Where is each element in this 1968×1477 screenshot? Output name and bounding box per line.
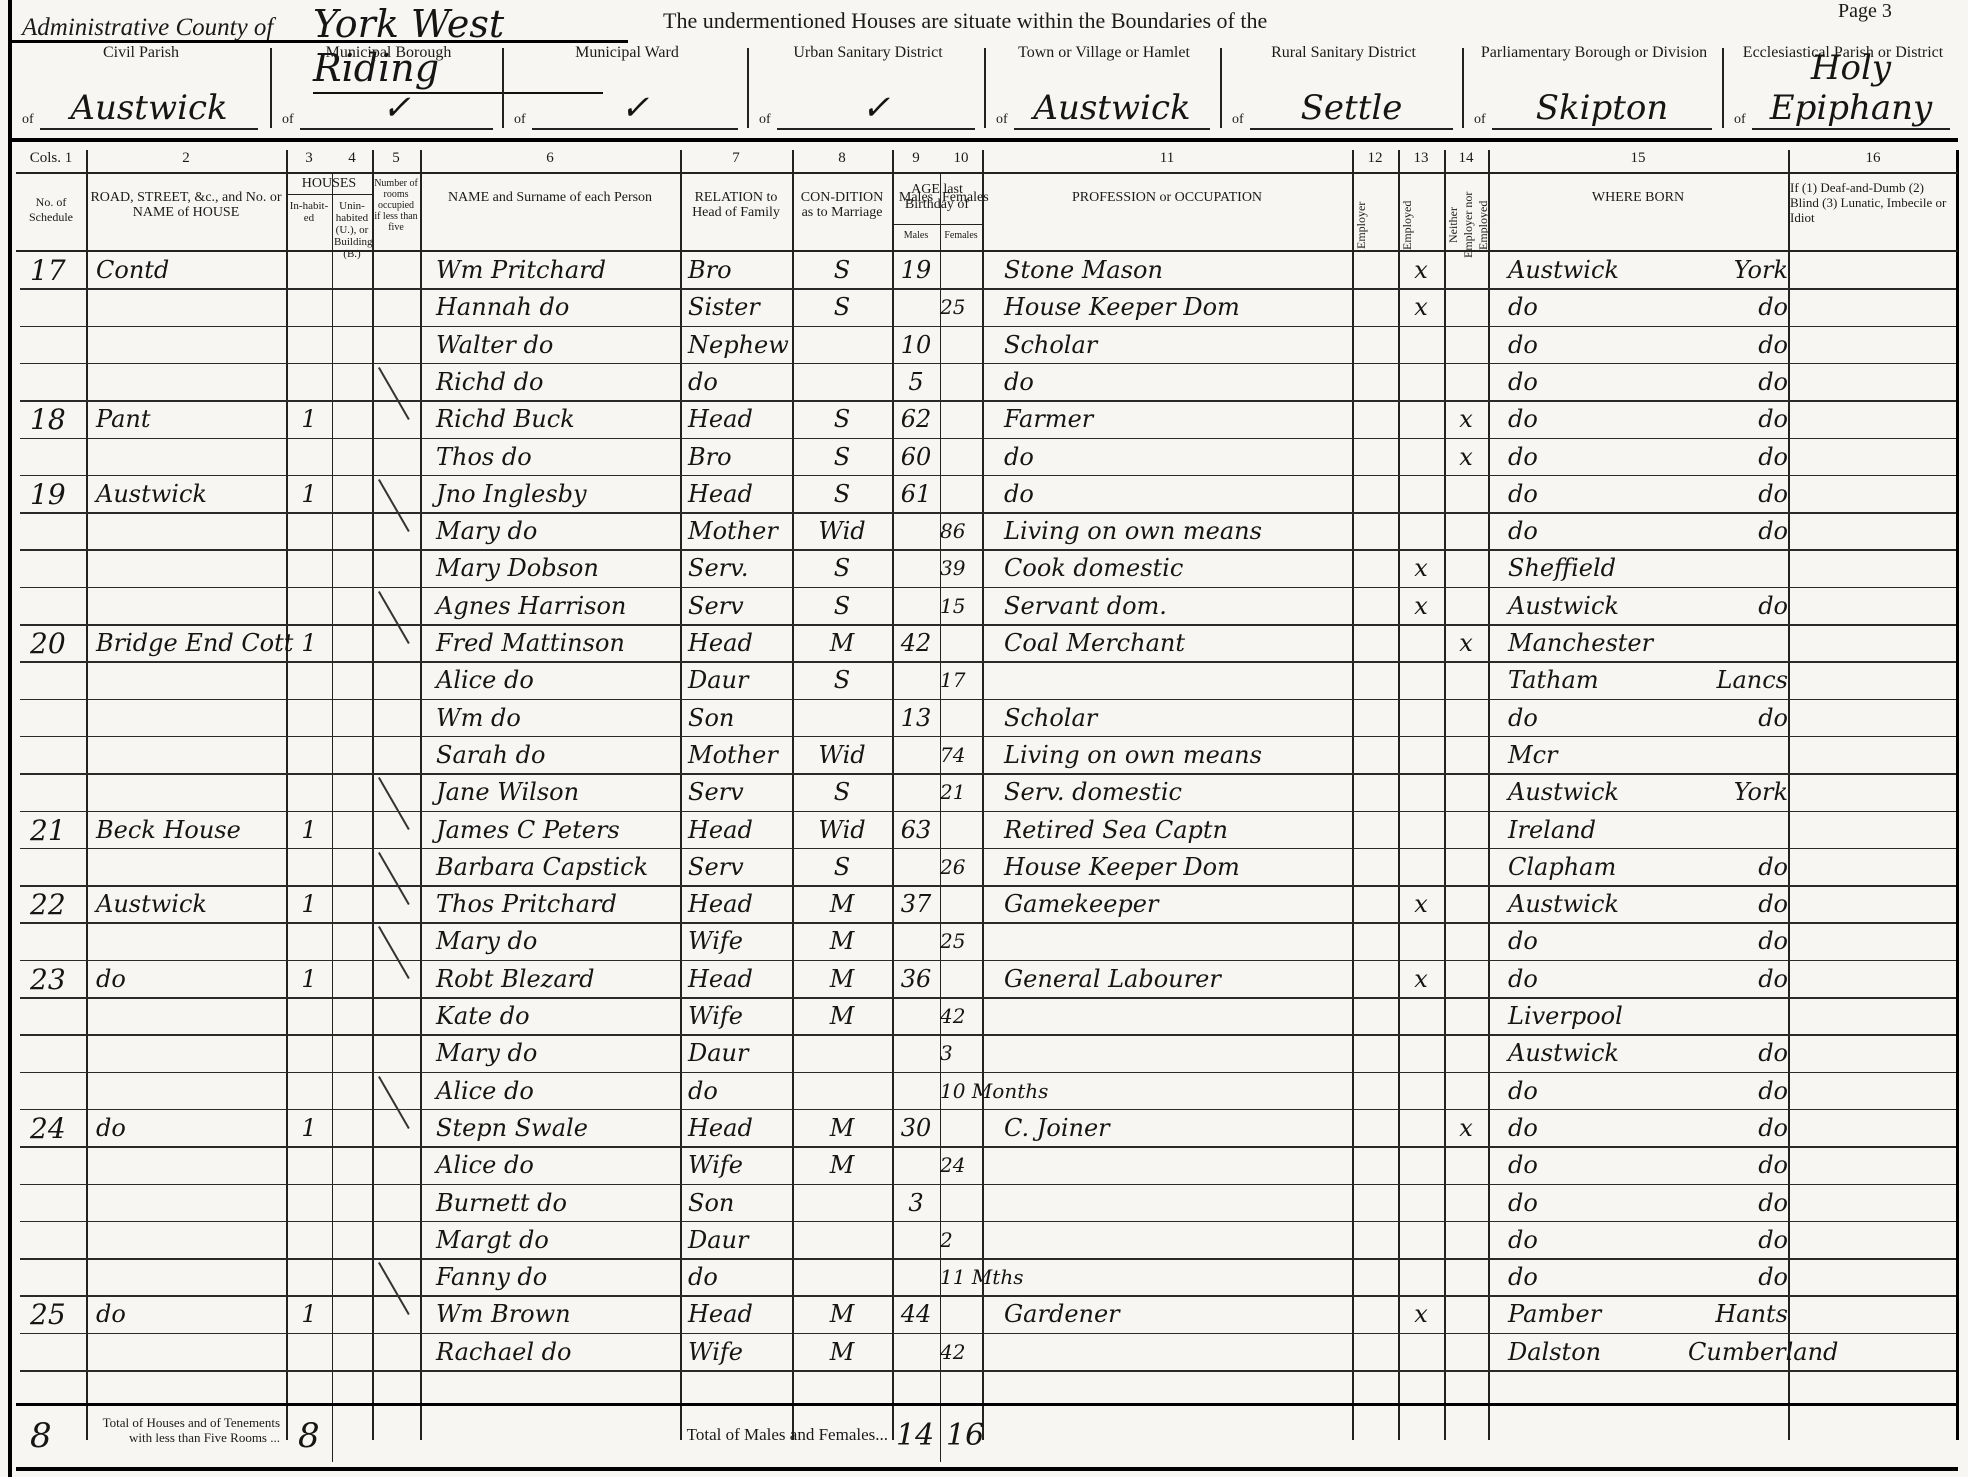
schedule-cell bbox=[16, 849, 86, 886]
male-age-cell bbox=[892, 1334, 940, 1371]
table-row: Jane WilsonServS21Serv. domesticAustwick… bbox=[16, 774, 1958, 811]
male-age-cell: 10 bbox=[892, 327, 940, 364]
table-row: Wm doSon13Scholardodo bbox=[16, 700, 1958, 737]
employer-cell bbox=[1352, 1296, 1398, 1333]
born-county-cell: do bbox=[1688, 1110, 1788, 1147]
relation-cell: Head bbox=[680, 1110, 792, 1147]
neither-cell bbox=[1444, 1073, 1488, 1110]
table-row: 22Austwick1Thos PritchardHeadM37Gamekeep… bbox=[16, 886, 1958, 923]
born-place-cell: do bbox=[1508, 401, 1678, 438]
employed-cell bbox=[1398, 476, 1444, 513]
employed-cell bbox=[1398, 1185, 1444, 1222]
left-border bbox=[8, 0, 12, 1477]
name-cell: Jno Inglesby bbox=[420, 476, 680, 513]
condition-cell: M bbox=[792, 886, 892, 923]
name-cell: Fanny do bbox=[420, 1259, 680, 1296]
of-label: of bbox=[282, 112, 294, 128]
relation-cell: Wife bbox=[680, 923, 792, 960]
born-place-cell: do bbox=[1508, 700, 1678, 737]
column-header-relation: RELATION to Head of Family bbox=[682, 190, 790, 220]
neither-cell bbox=[1444, 1147, 1488, 1184]
of-label: of bbox=[22, 112, 34, 128]
column-header-name: NAME and Surname of each Person bbox=[422, 190, 678, 205]
female-age-cell: 17 bbox=[940, 662, 982, 699]
born-place-cell: Tatham bbox=[1508, 662, 1678, 699]
table-row: Alice doDaurS17TathamLancs bbox=[16, 662, 1958, 699]
table-row: 19Austwick1Jno InglesbyHeadS61dododo bbox=[16, 476, 1958, 513]
table-row: 21Beck House1James C PetersHeadWid63Reti… bbox=[16, 812, 1958, 849]
female-age-cell: 21 bbox=[940, 774, 982, 811]
road-cell bbox=[86, 588, 286, 625]
condition-cell bbox=[792, 327, 892, 364]
condition-cell: M bbox=[792, 1147, 892, 1184]
born-place-cell: Austwick bbox=[1508, 1035, 1678, 1072]
born-place-cell: Mcr bbox=[1508, 737, 1678, 774]
column-number: 6 bbox=[420, 150, 680, 172]
name-cell: Walter do bbox=[420, 327, 680, 364]
column-number: 10 bbox=[940, 150, 982, 172]
born-county-cell bbox=[1688, 737, 1788, 774]
age-rule bbox=[892, 224, 982, 225]
neither-cell bbox=[1444, 327, 1488, 364]
condition-cell: M bbox=[792, 1334, 892, 1371]
occupation-cell: Servant dom. bbox=[982, 588, 1352, 625]
inhabited-cell: 1 bbox=[286, 1296, 332, 1333]
road-cell: Contd bbox=[86, 252, 286, 289]
female-age-cell bbox=[940, 439, 982, 476]
inhabited-cell bbox=[286, 1222, 332, 1259]
road-cell bbox=[86, 550, 286, 587]
born-place-cell: Ireland bbox=[1508, 812, 1678, 849]
inhabited-cell bbox=[286, 700, 332, 737]
schedule-total: 8 bbox=[30, 1411, 52, 1461]
employed-cell bbox=[1398, 625, 1444, 662]
employed-cell: x bbox=[1398, 550, 1444, 587]
condition-cell: S bbox=[792, 252, 892, 289]
female-age-cell bbox=[940, 1110, 982, 1147]
condition-cell: Wid bbox=[792, 812, 892, 849]
name-cell: Thos Pritchard bbox=[420, 886, 680, 923]
female-age-cell: 11 Mths bbox=[940, 1259, 982, 1296]
of-label: of bbox=[1734, 112, 1746, 128]
neither-cell bbox=[1444, 812, 1488, 849]
male-age-cell bbox=[892, 1147, 940, 1184]
inhabited-cell bbox=[286, 1259, 332, 1296]
neither-cell bbox=[1444, 998, 1488, 1035]
neither-cell bbox=[1444, 737, 1488, 774]
schedule-cell bbox=[16, 923, 86, 960]
employed-cell bbox=[1398, 1222, 1444, 1259]
neither-cell: x bbox=[1444, 401, 1488, 438]
name-cell: Wm do bbox=[420, 700, 680, 737]
area-value: Holy Epiphany bbox=[1752, 48, 1950, 130]
born-place-cell: Dalston bbox=[1508, 1334, 1678, 1371]
employer-cell bbox=[1352, 886, 1398, 923]
relation-cell: Head bbox=[680, 886, 792, 923]
inhabited-cell bbox=[286, 1073, 332, 1110]
column-header-where_born: WHERE BORN bbox=[1490, 190, 1786, 205]
road-cell: Austwick bbox=[86, 476, 286, 513]
table-row: Fanny dodo11 Mthsdodo bbox=[16, 1259, 1958, 1296]
condition-cell: M bbox=[792, 1110, 892, 1147]
male-age-cell: 13 bbox=[892, 700, 940, 737]
houses-total: 8 bbox=[298, 1411, 320, 1461]
schedule-cell: 21 bbox=[16, 812, 86, 849]
employer-cell bbox=[1352, 1185, 1398, 1222]
neither-cell bbox=[1444, 923, 1488, 960]
neither-cell bbox=[1444, 662, 1488, 699]
column-number: 7 bbox=[680, 150, 792, 172]
table-row: Alice doWifeM24dodo bbox=[16, 1147, 1958, 1184]
employer-cell bbox=[1352, 961, 1398, 998]
schedule-cell bbox=[16, 513, 86, 550]
inhabited-cell bbox=[286, 252, 332, 289]
female-age-cell: 25 bbox=[940, 289, 982, 326]
relation-cell: Daur bbox=[680, 1222, 792, 1259]
employed-cell bbox=[1398, 849, 1444, 886]
header-divider bbox=[8, 138, 1958, 142]
area-box: Municipal Wardof✓ bbox=[508, 44, 746, 134]
male-age-cell bbox=[892, 662, 940, 699]
relation-cell: Daur bbox=[680, 662, 792, 699]
schedule-cell bbox=[16, 588, 86, 625]
of-label: of bbox=[1474, 112, 1486, 128]
born-place-cell: Manchester bbox=[1508, 625, 1678, 662]
employer-cell bbox=[1352, 812, 1398, 849]
male-age-cell bbox=[892, 774, 940, 811]
employed-cell bbox=[1398, 1147, 1444, 1184]
born-place-cell: do bbox=[1508, 289, 1678, 326]
name-cell: Hannah do bbox=[420, 289, 680, 326]
name-cell: Alice do bbox=[420, 662, 680, 699]
schedule-cell bbox=[16, 700, 86, 737]
name-cell: Jane Wilson bbox=[420, 774, 680, 811]
of-label: of bbox=[759, 112, 771, 128]
inhabited-cell bbox=[286, 1334, 332, 1371]
inhabited-cell: 1 bbox=[286, 476, 332, 513]
employer-cell bbox=[1352, 252, 1398, 289]
column-header-inhabited: In-habit-ed bbox=[288, 200, 330, 224]
name-cell: Mary do bbox=[420, 513, 680, 550]
inhabited-cell bbox=[286, 439, 332, 476]
table-row: 20Bridge End Cott1Fred MattinsonHeadM42C… bbox=[16, 625, 1958, 662]
name-cell: James C Peters bbox=[420, 812, 680, 849]
born-county-cell: do bbox=[1688, 923, 1788, 960]
table-row: Burnett doSon3dodo bbox=[16, 1185, 1958, 1222]
relation-cell: Bro bbox=[680, 439, 792, 476]
schedule-cell bbox=[16, 364, 86, 401]
schedule-cell: 22 bbox=[16, 886, 86, 923]
area-divider bbox=[747, 48, 749, 128]
road-cell bbox=[86, 1185, 286, 1222]
condition-cell: S bbox=[792, 662, 892, 699]
employer-cell bbox=[1352, 1147, 1398, 1184]
born-county-cell bbox=[1688, 998, 1788, 1035]
female-age-cell: 26 bbox=[940, 849, 982, 886]
inhabited-cell bbox=[286, 364, 332, 401]
road-cell bbox=[86, 513, 286, 550]
female-age-cell bbox=[940, 252, 982, 289]
occupation-cell: Gardener bbox=[982, 1296, 1352, 1333]
female-age-cell bbox=[940, 812, 982, 849]
females-total: 16 bbox=[946, 1411, 984, 1461]
table-row: 23do1Robt BlezardHeadM36General Labourer… bbox=[16, 961, 1958, 998]
female-age-cell bbox=[940, 401, 982, 438]
employer-cell bbox=[1352, 476, 1398, 513]
neither-cell bbox=[1444, 886, 1488, 923]
table-row: 17ContdWm PritchardBroS19Stone MasonxAus… bbox=[16, 252, 1958, 289]
occupation-cell: do bbox=[982, 439, 1352, 476]
road-cell: do bbox=[86, 1296, 286, 1333]
born-county-cell: do bbox=[1688, 961, 1788, 998]
road-cell bbox=[86, 1222, 286, 1259]
road-cell: Austwick bbox=[86, 886, 286, 923]
neither-cell bbox=[1444, 1296, 1488, 1333]
schedule-cell: 25 bbox=[16, 1296, 86, 1333]
area-box: Urban Sanitary Districtof✓ bbox=[753, 44, 983, 134]
male-age-cell bbox=[892, 1073, 940, 1110]
inhabited-cell bbox=[286, 513, 332, 550]
female-age-cell bbox=[940, 327, 982, 364]
relation-cell: Head bbox=[680, 401, 792, 438]
schedule-cell bbox=[16, 327, 86, 364]
neither-cell bbox=[1444, 700, 1488, 737]
born-place-cell: do bbox=[1508, 961, 1678, 998]
condition-cell: S bbox=[792, 849, 892, 886]
persons-total-label: Total of Males and Females... bbox=[576, 1427, 888, 1443]
employed-cell bbox=[1398, 998, 1444, 1035]
road-cell bbox=[86, 1259, 286, 1296]
inhabited-cell: 1 bbox=[286, 886, 332, 923]
employed-cell bbox=[1398, 662, 1444, 699]
inhabited-cell bbox=[286, 327, 332, 364]
employed-cell bbox=[1398, 364, 1444, 401]
employed-cell: x bbox=[1398, 886, 1444, 923]
name-cell: Mary do bbox=[420, 923, 680, 960]
houses-total-label: Total of Houses and of Tenements with le… bbox=[90, 1415, 280, 1445]
inhabited-cell: 1 bbox=[286, 1110, 332, 1147]
male-age-cell bbox=[892, 1259, 940, 1296]
page-number: Page 3 bbox=[1838, 0, 1892, 23]
area-label: Town or Village or Hamlet bbox=[990, 44, 1218, 61]
relation-cell: Son bbox=[680, 700, 792, 737]
born-county-cell: Hants bbox=[1688, 1296, 1788, 1333]
occupation-cell: Scholar bbox=[982, 700, 1352, 737]
name-cell: Mary do bbox=[420, 1035, 680, 1072]
female-age-cell: 39 bbox=[940, 550, 982, 587]
column-number: 5 bbox=[372, 150, 420, 172]
born-county-cell: do bbox=[1688, 1035, 1788, 1072]
employer-cell bbox=[1352, 774, 1398, 811]
female-age-cell: 2 bbox=[940, 1222, 982, 1259]
table-row: Margt doDaur2dodo bbox=[16, 1222, 1958, 1259]
born-place-cell: do bbox=[1508, 364, 1678, 401]
male-age-cell: 30 bbox=[892, 1110, 940, 1147]
employed-cell bbox=[1398, 923, 1444, 960]
employer-cell bbox=[1352, 364, 1398, 401]
occupation-cell bbox=[982, 998, 1352, 1035]
born-place-cell: Austwick bbox=[1508, 774, 1678, 811]
area-value: ✓ bbox=[532, 88, 738, 130]
inhabited-cell: 1 bbox=[286, 812, 332, 849]
schedule-cell: 17 bbox=[16, 252, 86, 289]
occupation-cell: do bbox=[982, 476, 1352, 513]
road-cell: Bridge End Cott bbox=[86, 625, 286, 662]
road-cell bbox=[86, 289, 286, 326]
occupation-cell: Retired Sea Captn bbox=[982, 812, 1352, 849]
born-county-cell: do bbox=[1688, 289, 1788, 326]
name-cell: Barbara Capstick bbox=[420, 849, 680, 886]
employed-cell bbox=[1398, 1035, 1444, 1072]
bottom-border bbox=[16, 1467, 1958, 1471]
occupation-cell: Gamekeeper bbox=[982, 886, 1352, 923]
born-county-cell: do bbox=[1688, 1259, 1788, 1296]
female-age-cell: 74 bbox=[940, 737, 982, 774]
column-number: 13 bbox=[1398, 150, 1444, 172]
employer-cell bbox=[1352, 513, 1398, 550]
inhabited-cell bbox=[286, 588, 332, 625]
column-header-males: Males bbox=[892, 228, 940, 243]
inhabited-cell bbox=[286, 923, 332, 960]
column-header-schedule: No. of Schedule bbox=[18, 195, 84, 225]
schedule-cell bbox=[16, 1222, 86, 1259]
area-value: ✓ bbox=[777, 88, 975, 130]
born-place-cell: do bbox=[1508, 923, 1678, 960]
neither-cell bbox=[1444, 252, 1488, 289]
employer-cell bbox=[1352, 439, 1398, 476]
born-county-cell: York bbox=[1688, 252, 1788, 289]
column-header-age: AGE last Birthday of bbox=[894, 182, 980, 212]
name-cell: Richd do bbox=[420, 364, 680, 401]
employed-cell bbox=[1398, 774, 1444, 811]
column-number: 4 bbox=[332, 150, 372, 172]
born-county-cell: do bbox=[1688, 849, 1788, 886]
road-cell bbox=[86, 998, 286, 1035]
table-row: Mary doMotherWid86Living on own meansdod… bbox=[16, 513, 1958, 550]
condition-cell: S bbox=[792, 439, 892, 476]
born-county-cell: do bbox=[1688, 588, 1788, 625]
neither-cell bbox=[1444, 550, 1488, 587]
census-table: Cols. 12345678910111213141516No. of Sche… bbox=[16, 150, 1958, 1460]
male-age-cell bbox=[892, 998, 940, 1035]
occupation-cell: Coal Merchant bbox=[982, 625, 1352, 662]
born-county-cell: do bbox=[1688, 1222, 1788, 1259]
relation-cell: Head bbox=[680, 1296, 792, 1333]
road-cell: do bbox=[86, 961, 286, 998]
employed-cell bbox=[1398, 1073, 1444, 1110]
inhabited-cell bbox=[286, 662, 332, 699]
relation-cell: Bro bbox=[680, 252, 792, 289]
relation-cell: Mother bbox=[680, 513, 792, 550]
table-row: 24do1Stepn SwaleHeadM30C. Joinerxdodo bbox=[16, 1110, 1958, 1147]
schedule-cell bbox=[16, 1147, 86, 1184]
female-age-cell: 25 bbox=[940, 923, 982, 960]
relation-cell: Daur bbox=[680, 1035, 792, 1072]
born-county-cell bbox=[1688, 625, 1788, 662]
name-cell: Mary Dobson bbox=[420, 550, 680, 587]
relation-cell: Wife bbox=[680, 998, 792, 1035]
occupation-cell bbox=[982, 923, 1352, 960]
female-age-cell: 42 bbox=[940, 1334, 982, 1371]
occupation-cell bbox=[982, 1222, 1352, 1259]
occupation-cell bbox=[982, 1035, 1352, 1072]
condition-cell bbox=[792, 1185, 892, 1222]
male-age-cell: 36 bbox=[892, 961, 940, 998]
employed-cell bbox=[1398, 439, 1444, 476]
born-county-cell: do bbox=[1688, 700, 1788, 737]
employer-cell bbox=[1352, 289, 1398, 326]
born-place-cell: do bbox=[1508, 1147, 1678, 1184]
table-row: Barbara CapstickServS26House Keeper DomC… bbox=[16, 849, 1958, 886]
neither-cell bbox=[1444, 1334, 1488, 1371]
column-number: 2 bbox=[86, 150, 286, 172]
name-cell: Kate do bbox=[420, 998, 680, 1035]
occupation-cell bbox=[982, 1334, 1352, 1371]
employed-cell bbox=[1398, 327, 1444, 364]
name-cell: Wm Brown bbox=[420, 1296, 680, 1333]
male-age-cell: 61 bbox=[892, 476, 940, 513]
name-cell: Wm Pritchard bbox=[420, 252, 680, 289]
employed-cell bbox=[1398, 1334, 1444, 1371]
employer-cell bbox=[1352, 625, 1398, 662]
born-county-cell: do bbox=[1688, 401, 1788, 438]
female-age-cell bbox=[940, 886, 982, 923]
neither-cell bbox=[1444, 961, 1488, 998]
born-place-cell: do bbox=[1508, 1073, 1678, 1110]
column-number: 16 bbox=[1788, 150, 1958, 172]
employer-cell bbox=[1352, 662, 1398, 699]
born-county-cell: do bbox=[1688, 1073, 1788, 1110]
neither-cell: x bbox=[1444, 625, 1488, 662]
employer-cell bbox=[1352, 923, 1398, 960]
born-county-cell: do bbox=[1688, 513, 1788, 550]
table-row: Agnes HarrisonServS15Servant dom.xAustwi… bbox=[16, 588, 1958, 625]
male-age-cell: 44 bbox=[892, 1296, 940, 1333]
relation-cell: Wife bbox=[680, 1147, 792, 1184]
column-number: Cols. 1 bbox=[16, 150, 86, 172]
of-label: of bbox=[514, 112, 526, 128]
occupation-cell bbox=[982, 1185, 1352, 1222]
males-total: 14 bbox=[896, 1411, 934, 1461]
born-county-cell: do bbox=[1688, 364, 1788, 401]
table-row: Richd dodo5dododo bbox=[16, 364, 1958, 401]
column-header-females: Females bbox=[940, 228, 982, 243]
table-row: Walter doNephew10Scholardodo bbox=[16, 327, 1958, 364]
name-cell: Sarah do bbox=[420, 737, 680, 774]
schedule-cell bbox=[16, 1073, 86, 1110]
born-place-cell: Pamber bbox=[1508, 1296, 1678, 1333]
condition-cell: Wid bbox=[792, 737, 892, 774]
table-row: 25do1Wm BrownHeadM44GardenerxPamberHants bbox=[16, 1296, 1958, 1333]
area-value: Skipton bbox=[1492, 88, 1712, 130]
condition-cell: M bbox=[792, 998, 892, 1035]
male-age-cell: 19 bbox=[892, 252, 940, 289]
column-header-condition: CON-DITION as to Marriage bbox=[794, 190, 890, 220]
born-place-cell: do bbox=[1508, 1110, 1678, 1147]
occupation-cell: House Keeper Dom bbox=[982, 849, 1352, 886]
born-county-cell bbox=[1688, 550, 1788, 587]
occupation-cell: Living on own means bbox=[982, 737, 1352, 774]
of-label: of bbox=[996, 112, 1008, 128]
occupation-cell bbox=[982, 1259, 1352, 1296]
female-age-cell bbox=[940, 476, 982, 513]
name-cell: Robt Blezard bbox=[420, 961, 680, 998]
column-number: 12 bbox=[1352, 150, 1398, 172]
road-cell bbox=[86, 923, 286, 960]
condition-cell: S bbox=[792, 476, 892, 513]
area-divider bbox=[270, 48, 272, 128]
employer-cell bbox=[1352, 1073, 1398, 1110]
